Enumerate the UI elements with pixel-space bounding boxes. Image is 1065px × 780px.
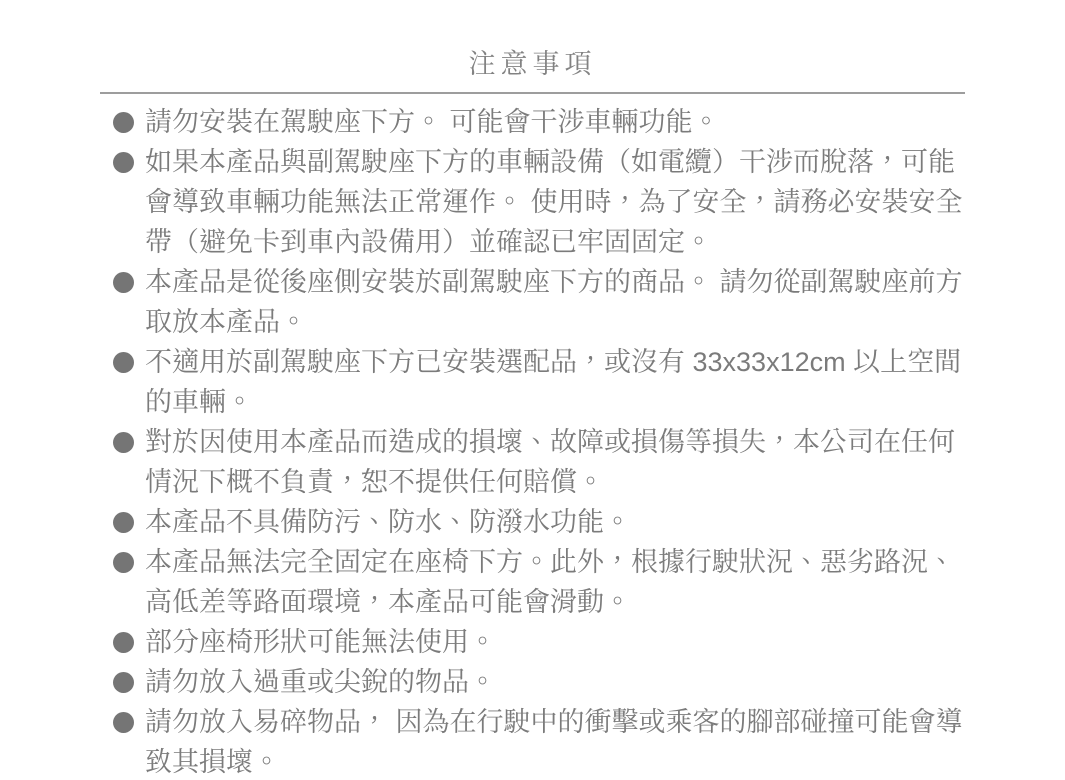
list-item: 本產品無法完全固定在座椅下方。此外，根據行駛狀況、惡劣路況、高低差等路面環境，本… (113, 542, 965, 622)
note-text: 如果本產品與副駕駛座下方的車輛設備（如電纜）干涉而脫落，可能會導致車輛功能無法正… (145, 142, 965, 262)
list-item: 本產品是從後座側安裝於副駕駛座下方的商品。 請勿從副駕駛座前方取放本產品。 (113, 262, 965, 342)
bullet-icon (113, 112, 134, 133)
bullet-icon (113, 352, 134, 373)
bullet-icon (113, 552, 134, 573)
list-item: 請勿放入易碎物品， 因為在行駛中的衝擊或乘客的腳部碰撞可能會導致其損壞。 (113, 702, 965, 780)
title-divider (100, 92, 965, 94)
bullet-icon (113, 272, 134, 293)
note-text: 請勿放入過重或尖銳的物品。 (145, 662, 965, 702)
list-item: 如果本產品與副駕駛座下方的車輛設備（如電纜）干涉而脫落，可能會導致車輛功能無法正… (113, 142, 965, 262)
list-item: 對於因使用本產品而造成的損壞、故障或損傷等損失，本公司在任何情況下概不負責，恕不… (113, 422, 965, 502)
list-item: 請勿放入過重或尖銳的物品。 (113, 662, 965, 702)
note-text: 不適用於副駕駛座下方已安裝選配品，或沒有 33x33x12cm 以上空間的車輛。 (145, 342, 965, 422)
notes-list: 請勿安裝在駕駛座下方。 可能會干涉車輛功能。 如果本產品與副駕駛座下方的車輛設備… (100, 102, 965, 780)
bullet-icon (113, 632, 134, 653)
note-text: 部分座椅形狀可能無法使用。 (145, 622, 965, 662)
bullet-icon (113, 672, 134, 693)
bullet-icon (113, 712, 134, 733)
note-text: 本產品是從後座側安裝於副駕駛座下方的商品。 請勿從副駕駛座前方取放本產品。 (145, 262, 965, 342)
note-text: 本產品無法完全固定在座椅下方。此外，根據行駛狀況、惡劣路況、高低差等路面環境，本… (145, 542, 965, 622)
bullet-icon (113, 432, 134, 453)
list-item: 部分座椅形狀可能無法使用。 (113, 622, 965, 662)
list-item: 請勿安裝在駕駛座下方。 可能會干涉車輛功能。 (113, 102, 965, 142)
note-text: 請勿放入易碎物品， 因為在行駛中的衝擊或乘客的腳部碰撞可能會導致其損壞。 (145, 702, 965, 780)
note-text: 請勿安裝在駕駛座下方。 可能會干涉車輛功能。 (145, 102, 965, 142)
list-item: 不適用於副駕駛座下方已安裝選配品，或沒有 33x33x12cm 以上空間的車輛。 (113, 342, 965, 422)
note-text: 本產品不具備防污、防水、防潑水功能。 (145, 502, 965, 542)
page-title: 注意事項 (100, 0, 965, 83)
bullet-icon (113, 152, 134, 173)
precautions-page: 注意事項 請勿安裝在駕駛座下方。 可能會干涉車輛功能。 如果本產品與副駕駛座下方… (0, 0, 1065, 780)
list-item: 本產品不具備防污、防水、防潑水功能。 (113, 502, 965, 542)
bullet-icon (113, 512, 134, 533)
note-text: 對於因使用本產品而造成的損壞、故障或損傷等損失，本公司在任何情況下概不負責，恕不… (145, 422, 965, 502)
